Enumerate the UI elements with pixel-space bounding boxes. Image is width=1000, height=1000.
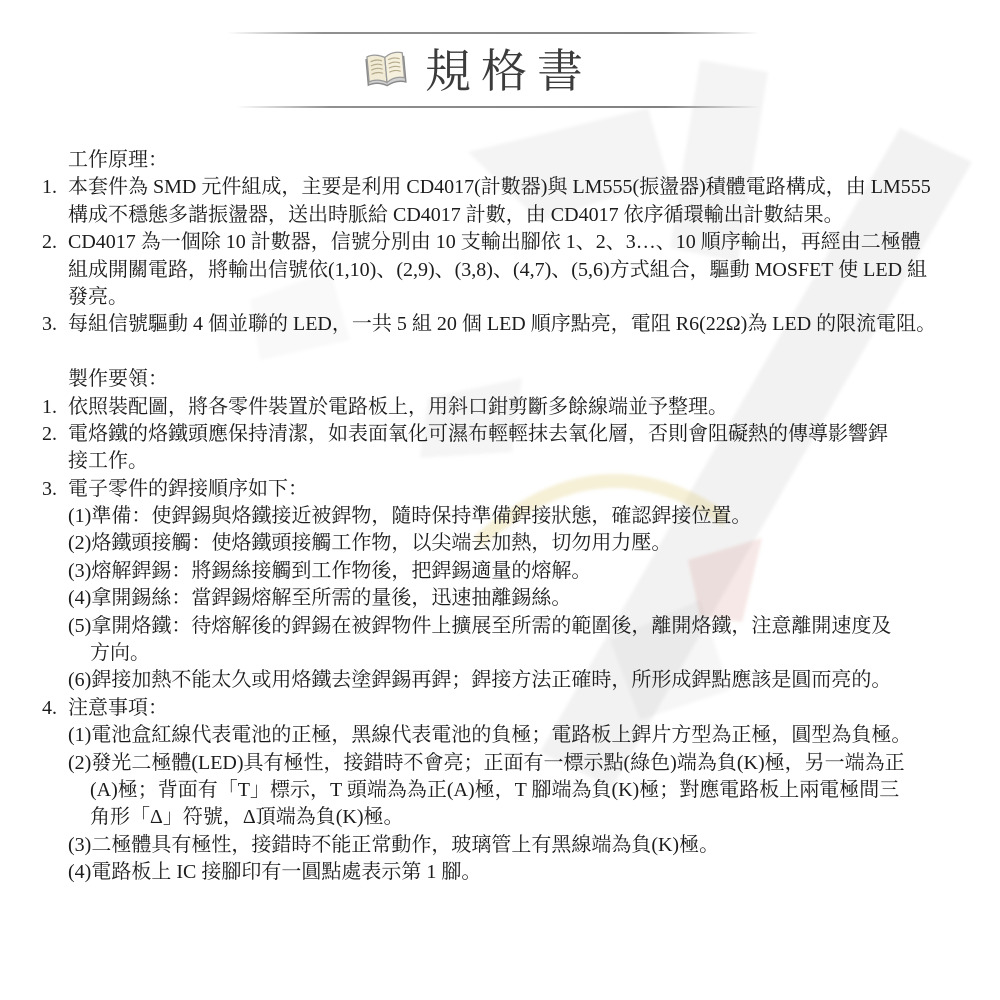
open-book-icon <box>363 50 409 92</box>
doc-line: (5)拿開烙鐵：待熔解後的銲錫在被銲物件上擴展至所需的範圍後，離開烙鐵，注意離開… <box>0 613 1000 640</box>
section-heading-assembly-tips: 製作要領： <box>0 366 1000 393</box>
doc-line: 1.本套件為 SMD 元件組成，主要是利用 CD4017(計數器)與 LM555… <box>0 174 1000 201</box>
doc-line: (3)二極體具有極性，接錯時不能正常動作，玻璃管上有黑線端為負(K)極。 <box>0 832 1000 859</box>
header-rule-top <box>227 32 759 34</box>
item-number: 2. <box>42 421 57 448</box>
doc-line: 方向。 <box>0 640 1000 667</box>
doc-line: 2.CD4017 為一個除 10 計數器，信號分別由 10 支輸出腳依 1、2、… <box>0 229 1000 256</box>
item-number: 2. <box>42 229 57 256</box>
doc-line: 2.電烙鐵的烙鐵頭應保持清潔，如表面氧化可濕布輕輕抹去氧化層，否則會阻礙熱的傳導… <box>0 421 1000 448</box>
document-body: 工作原理： 1.本套件為 SMD 元件組成，主要是利用 CD4017(計數器)與… <box>0 147 1000 887</box>
doc-line: 組成開關電路，將輸出信號依(1,10)、(2,9)、(3,8)、(4,7)、(5… <box>0 257 1000 284</box>
item-number: 4. <box>42 695 57 722</box>
section-heading-working-principle: 工作原理： <box>0 147 1000 174</box>
doc-line: (2)發光二極體(LED)具有極性，接錯時不會亮；正面有一標示點(綠色)端為負(… <box>0 750 1000 777</box>
doc-line: (2)烙鐵頭接觸：使烙鐵頭接觸工作物，以尖端去加熱，切勿用力壓。 <box>0 530 1000 557</box>
doc-line: (4)拿開錫絲：當銲錫熔解至所需的量後，迅速抽離錫絲。 <box>0 585 1000 612</box>
doc-line: (1)電池盒紅線代表電池的正極，黑線代表電池的負極；電路板上銲片方型為正極，圓型… <box>0 722 1000 749</box>
section-heading-notes: 4.注意事項： <box>0 695 1000 722</box>
spec-sheet-page: { "header": { "title": "規格書", "icon": "o… <box>0 0 1000 1000</box>
item-number: 1. <box>42 174 57 201</box>
item-number: 3. <box>42 311 57 338</box>
doc-line: 角形「Δ」符號，Δ頂端為負(K)極。 <box>0 804 1000 831</box>
title-row: 規格書 <box>0 42 978 100</box>
doc-line: 3.每組信號驅動 4 個並聯的 LED，一共 5 組 20 個 LED 順序點亮… <box>0 311 1000 338</box>
doc-line: 1.依照裝配圖，將各零件裝置於電路板上，用斜口鉗剪斷多餘線端並予整理。 <box>0 394 1000 421</box>
page-title: 規格書 <box>425 48 593 94</box>
item-number: 3. <box>42 476 57 503</box>
doc-line: 發亮。 <box>0 284 1000 311</box>
doc-line: (A)極；背面有「T」標示，T 頭端為為正(A)極，T 腳端為負(K)極；對應電… <box>0 777 1000 804</box>
doc-line: 構成不穩態多諧振盪器，送出時脈給 CD4017 計數，由 CD4017 依序循環… <box>0 202 1000 229</box>
doc-line: (3)熔解銲錫：將錫絲接觸到工作物後，把銲錫適量的熔解。 <box>0 558 1000 585</box>
doc-line: (6)銲接加熱不能太久或用烙鐵去塗銲錫再銲；銲接方法正確時，所形成銲點應該是圓而… <box>0 667 1000 694</box>
header-rule-bottom <box>236 106 760 108</box>
blank-line <box>0 339 1000 366</box>
doc-line: (4)電路板上 IC 接腳印有一圓點處表示第 1 腳。 <box>0 859 1000 886</box>
item-number: 1. <box>42 394 57 421</box>
doc-line: 接工作。 <box>0 448 1000 475</box>
doc-line: (1)準備：使銲錫與烙鐵接近被銲物，隨時保持準備銲接狀態，確認銲接位置。 <box>0 503 1000 530</box>
doc-line: 3.電子零件的銲接順序如下： <box>0 476 1000 503</box>
